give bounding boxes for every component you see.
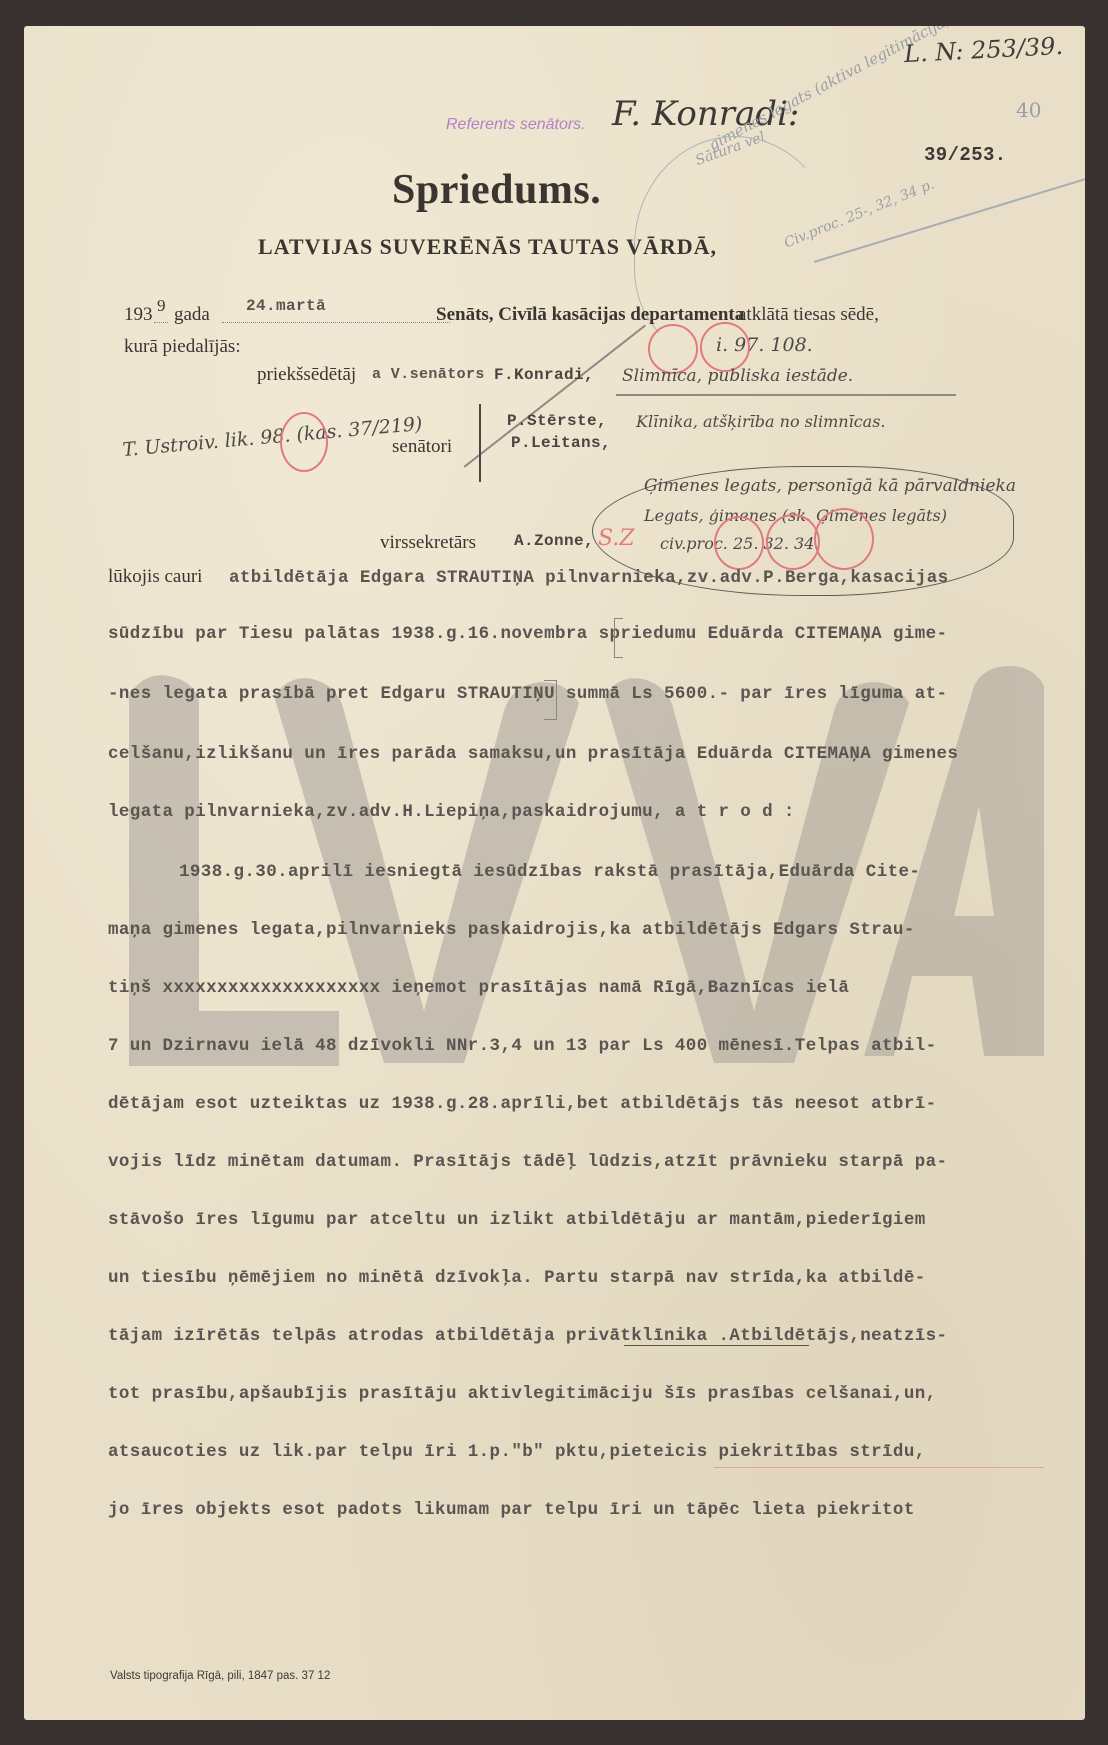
body-line-5: legata pilnvarnieka,zv.adv.H.Liepiņa,pas… [108,802,795,822]
body-line-1: atbildētāja Edgara STRAUTIŅA pilnvarniek… [229,568,949,588]
pencil-note-gimenes: gimenes legats (aktiva legitimācija) [706,26,954,154]
body-line-4: celšanu,izlikšanu un īres parāda samaksu… [108,744,958,764]
session-text: atklātā tiesas sēdē, [738,304,879,326]
red-circle-108 [700,322,750,372]
red-circle-34 [814,508,874,570]
body-line-10: dētājam esot uzteiktas uz 1938.g.28.aprī… [108,1094,937,1114]
red-circle-32 [766,514,820,570]
pencil-bracket-citemana [614,618,623,658]
body-line-16: atsaucoties uz lik.par telpu īri 1.p."b"… [108,1442,926,1462]
senator-name-1: P.Stērste, [507,412,607,430]
body-line-17: jo īres objekts esot padots likumam par … [108,1500,915,1520]
presiding-role-suffix: a V.senātors [372,366,485,383]
presiding-note: Slimnīca, publiska iestāde. [622,366,853,386]
legat-note-line-1: Ģimenes legats, personīgā kā pārvaldniek… [644,476,1016,496]
participants-label: kurā piedalījās: [124,336,241,358]
body-line-13: un tiesību ņēmējiem no minētā dzīvokļa. … [108,1268,926,1288]
page-title: Spriedums. [392,166,601,214]
body-line-9: 7 un Dzirnavu ielā 48 dzīvokli NNr.3,4 u… [108,1036,937,1056]
court-name: Senāts, Civīlā kasācijas departamenta [436,304,744,326]
secretary-name: A.Zonne, [514,532,594,550]
page-number: 40 [1016,98,1041,122]
year-digit: 9 [157,296,166,316]
body-line-6: 1938.g.30.aprilī iesniegtā iesūdzības ra… [179,862,920,882]
presiding-role: priekšsēdētāj [257,364,356,386]
year-prefix: 193 [124,304,153,326]
secretary-label: virssekretārs [380,532,476,554]
body-line-11: vojis līdz minētam datumam. Prasītājs tā… [108,1152,947,1172]
date-value: 24.martā [246,297,326,315]
red-circle-25 [714,516,764,570]
body-line-7: maņa gimenes legata,pilnvarnieks paskaid… [108,920,915,940]
senators-bracket [479,404,481,482]
referent-stamp: Referents senātors. [446,116,586,134]
body-line-2: sūdzību par Tiesu palātas 1938.g.16.nove… [108,624,947,644]
senator-name-2: P.Leitans, [511,434,611,452]
red-circle-98 [280,412,328,472]
body-line-12: stāvošo īres līgumu par atceltu un izlik… [108,1210,926,1230]
document-page: L. N: 253/39. 40 39/253. Referents senāt… [24,26,1085,1720]
body-line-14: tājam izīrētās telpās atrodas atbildētāj… [108,1326,947,1346]
case-number: 39/253. [924,144,1007,166]
year-dotline [154,322,168,323]
body-line-15: tot prasību,apšaubījis prasītāju aktivle… [108,1384,937,1404]
secretary-initials: S.Z [598,526,635,551]
pencil-bracket-strautinu [544,680,557,720]
senators-left-note: T. Ustroiv. lik. 98. (kas. 37/219) [122,413,424,461]
senators-note: Klīnika, atšķirība no slimnīcas. [636,412,886,431]
senators-label: senātori [392,436,452,458]
date-dotline [222,322,450,323]
presiding-name: F.Konradi, [494,366,594,384]
red-underline-piekritibas [714,1467,1044,1468]
page-subtitle: LATVIJAS SUVERĒNĀS TAUTAS VĀRDĀ, [258,234,717,260]
body-line-3: -nes legata prasībā pret Edgaru STRAUTIŅ… [108,684,947,704]
printer-footer: Valsts tipografija Rīgā, pili, 1847 pas.… [110,1670,330,1682]
presiding-underline [616,394,956,396]
body-line-8: tiņš xxxxxxxxxxxxxxxxxxxx ieņemot prasīt… [108,978,849,998]
intro-label: lūkojis cauri [108,566,202,588]
privatklinika-underline [624,1345,809,1346]
gada-label: gada [174,304,210,326]
